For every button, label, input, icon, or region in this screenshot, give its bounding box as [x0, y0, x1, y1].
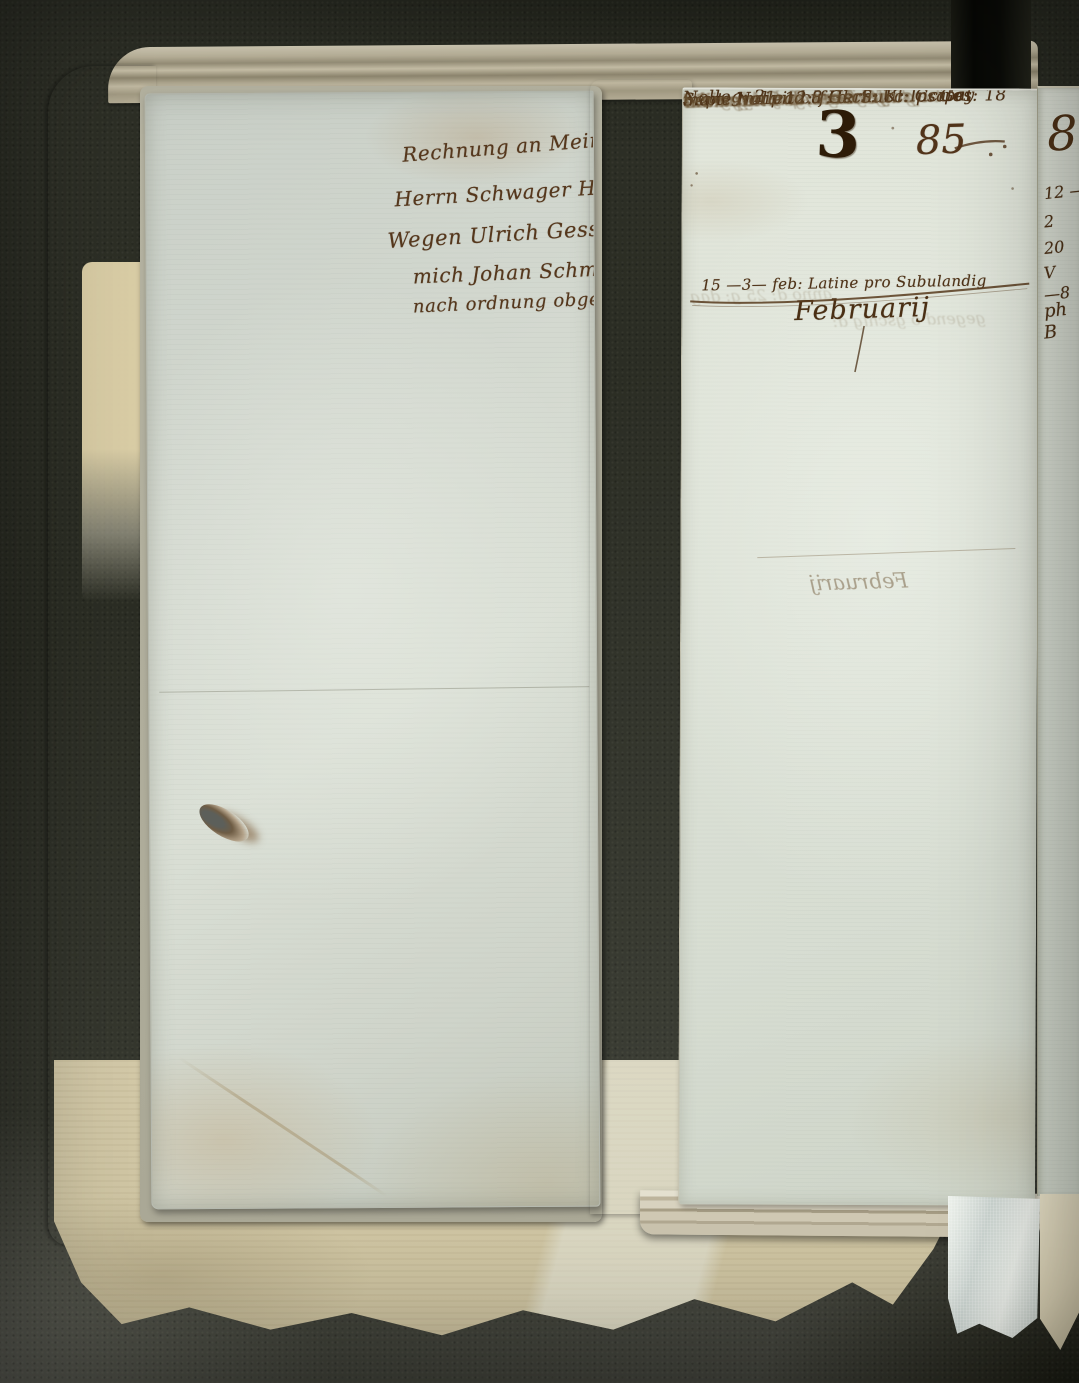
binding-cloth-tab	[948, 1196, 1040, 1338]
handwriting-line: nach ordnung obgem:	[413, 290, 601, 317]
handwriting-line: Rechnung an Meinen	[401, 128, 600, 165]
parchment-corner-flap	[1040, 1194, 1079, 1350]
next-page-fragment: 20	[1043, 239, 1065, 257]
left-page-crease	[159, 686, 589, 693]
next-page-fragment: V	[1043, 264, 1056, 281]
gutter-leaf-edges	[590, 80, 692, 1214]
gathering-number: 3	[815, 103, 862, 169]
next-page-fragment: ph	[1043, 301, 1068, 321]
month-heading: Februarij	[794, 294, 931, 325]
next-page-fragment: 12 —	[1043, 182, 1079, 202]
manuscript-photo: Rechnung an Meinen Herrn Schwager Herrn …	[0, 0, 1079, 1383]
next-page-fragment: B	[1043, 323, 1058, 342]
next-page-edge: 8 12 — 2 20 V —8 ph B	[1037, 86, 1079, 1196]
binding-gap-shadow	[951, 0, 1031, 94]
next-page-fragment: 2	[1043, 214, 1055, 231]
ink-blot	[193, 797, 254, 849]
entry-line: 15 —3— feb: Latine pro Subulandig	[701, 273, 987, 293]
right-page: anno d: 25 g: dag gegend o gschlg d: 3 8…	[678, 87, 1039, 1205]
left-page: Rechnung an Meinen Herrn Schwager Herrn …	[145, 91, 601, 1210]
next-page-number: 8	[1046, 109, 1078, 158]
handwriting-line: Herrn Schwager Herrn	[394, 175, 601, 209]
page-number: 85	[915, 119, 967, 161]
show-through-catchword: Februarij	[809, 570, 908, 594]
handwriting-line: mich Johan Schmidt	[412, 258, 600, 287]
show-through-line: hora 8 d: A: midst	[683, 88, 856, 111]
left-page-corner-stain	[178, 1056, 388, 1197]
handwriting-line: Wegen Ulrich Gessel	[387, 217, 600, 252]
ink-flourishes	[679, 89, 1039, 1205]
